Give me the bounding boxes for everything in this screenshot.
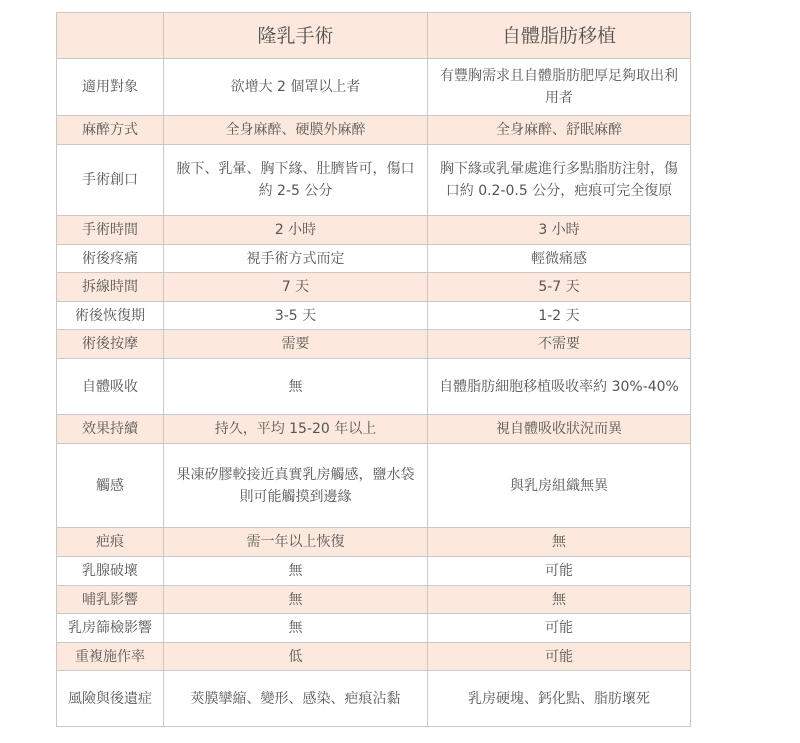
implant-value: 持久，平均 15-20 年以上	[164, 415, 428, 444]
fat-transfer-value: 3 小時	[428, 216, 691, 245]
header-breast-implant: 隆乳手術	[164, 13, 428, 59]
implant-value: 果凍矽膠較接近真實乳房觸感，鹽水袋則可能觸摸到邊緣	[164, 444, 428, 528]
table-row: 效果持續 持久，平均 15-20 年以上 視自體吸收狀況而異	[57, 415, 691, 444]
implant-value: 2 小時	[164, 216, 428, 245]
row-label: 風險與後遺症	[57, 671, 164, 727]
table-row: 疤痕 需一年以上恢復 無	[57, 528, 691, 557]
table-row: 術後疼痛 視手術方式而定 輕微痛感	[57, 245, 691, 273]
table-row: 乳房篩檢影響 無 可能	[57, 614, 691, 643]
table-row: 哺乳影響 無 無	[57, 586, 691, 614]
implant-value: 7 天	[164, 273, 428, 302]
implant-value: 3-5 天	[164, 302, 428, 330]
row-label: 乳房篩檢影響	[57, 614, 164, 643]
table-row: 風險與後遺症 莢膜攣縮、變形、感染、疤痕沾黏 乳房硬塊、鈣化點、脂肪壞死	[57, 671, 691, 727]
fat-transfer-value: 自體脂肪細胞移植吸收率約 30%-40%	[428, 359, 691, 415]
row-label: 觸感	[57, 444, 164, 528]
fat-transfer-value: 1-2 天	[428, 302, 691, 330]
fat-transfer-value: 視自體吸收狀況而異	[428, 415, 691, 444]
row-label: 乳腺破壞	[57, 557, 164, 586]
comparison-table: 隆乳手術 自體脂肪移植 適用對象 欲增大 2 個罩以上者 有豐胸需求且自體脂肪肥…	[56, 12, 691, 727]
implant-value: 欲增大 2 個罩以上者	[164, 59, 428, 116]
implant-value: 需一年以上恢復	[164, 528, 428, 557]
implant-value: 視手術方式而定	[164, 245, 428, 273]
table-row: 適用對象 欲增大 2 個罩以上者 有豐胸需求且自體脂肪肥厚足夠取出利用者	[57, 59, 691, 116]
fat-transfer-value: 乳房硬塊、鈣化點、脂肪壞死	[428, 671, 691, 727]
fat-transfer-value: 無	[428, 586, 691, 614]
implant-value: 無	[164, 359, 428, 415]
implant-value: 莢膜攣縮、變形、感染、疤痕沾黏	[164, 671, 428, 727]
row-label: 重複施作率	[57, 643, 164, 671]
implant-value: 腋下、乳暈、胸下緣、肚臍皆可，傷口約 2-5 公分	[164, 145, 428, 216]
fat-transfer-value: 5-7 天	[428, 273, 691, 302]
table-row: 觸感 果凍矽膠較接近真實乳房觸感，鹽水袋則可能觸摸到邊緣 與乳房組織無異	[57, 444, 691, 528]
row-label: 麻醉方式	[57, 116, 164, 145]
implant-value: 全身麻醉、硬膜外麻醉	[164, 116, 428, 145]
implant-value: 低	[164, 643, 428, 671]
header-corner-cell	[57, 13, 164, 59]
fat-transfer-value: 輕微痛感	[428, 245, 691, 273]
table-row: 重複施作率 低 可能	[57, 643, 691, 671]
table-row: 拆線時間 7 天 5-7 天	[57, 273, 691, 302]
implant-value: 無	[164, 557, 428, 586]
fat-transfer-value: 可能	[428, 557, 691, 586]
row-label: 術後恢復期	[57, 302, 164, 330]
row-label: 哺乳影響	[57, 586, 164, 614]
header-row: 隆乳手術 自體脂肪移植	[57, 13, 691, 59]
table-row: 麻醉方式 全身麻醉、硬膜外麻醉 全身麻醉、舒眠麻醉	[57, 116, 691, 145]
table-row: 手術創口 腋下、乳暈、胸下緣、肚臍皆可，傷口約 2-5 公分 胸下緣或乳暈處進行…	[57, 145, 691, 216]
row-label: 術後疼痛	[57, 245, 164, 273]
fat-transfer-value: 與乳房組織無異	[428, 444, 691, 528]
table-row: 術後按摩 需要 不需要	[57, 330, 691, 359]
table-row: 術後恢復期 3-5 天 1-2 天	[57, 302, 691, 330]
implant-value: 無	[164, 586, 428, 614]
fat-transfer-value: 全身麻醉、舒眠麻醉	[428, 116, 691, 145]
fat-transfer-value: 無	[428, 528, 691, 557]
row-label: 手術時間	[57, 216, 164, 245]
row-label: 自體吸收	[57, 359, 164, 415]
fat-transfer-value: 胸下緣或乳暈處進行多點脂肪注射，傷口約 0.2-0.5 公分，疤痕可完全復原	[428, 145, 691, 216]
fat-transfer-value: 可能	[428, 614, 691, 643]
row-label: 手術創口	[57, 145, 164, 216]
header-fat-transfer: 自體脂肪移植	[428, 13, 691, 59]
row-label: 效果持續	[57, 415, 164, 444]
implant-value: 需要	[164, 330, 428, 359]
table-row: 手術時間 2 小時 3 小時	[57, 216, 691, 245]
fat-transfer-value: 不需要	[428, 330, 691, 359]
row-label: 術後按摩	[57, 330, 164, 359]
fat-transfer-value: 可能	[428, 643, 691, 671]
implant-value: 無	[164, 614, 428, 643]
table-row: 自體吸收 無 自體脂肪細胞移植吸收率約 30%-40%	[57, 359, 691, 415]
row-label: 疤痕	[57, 528, 164, 557]
fat-transfer-value: 有豐胸需求且自體脂肪肥厚足夠取出利用者	[428, 59, 691, 116]
row-label: 適用對象	[57, 59, 164, 116]
row-label: 拆線時間	[57, 273, 164, 302]
table-row: 乳腺破壞 無 可能	[57, 557, 691, 586]
